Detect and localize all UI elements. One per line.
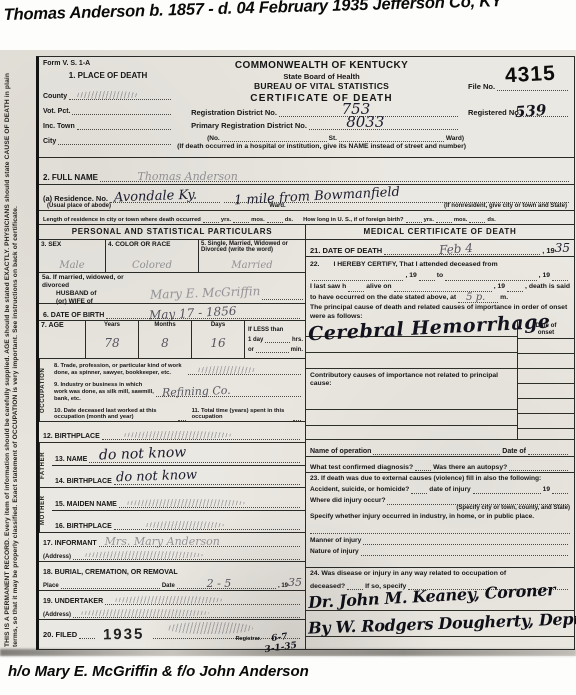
ward-label: Ward) <box>446 135 464 142</box>
mother-name-blank <box>119 499 300 508</box>
undertaker-blank <box>105 596 300 605</box>
occupation-question-block: 24. Was disease or injury in any way rel… <box>306 567 574 649</box>
st-label: St. <box>329 135 337 142</box>
certify-to: to <box>437 272 443 281</box>
registered-no-value: 539 <box>514 101 546 121</box>
length-label: Length of residence in city or town wher… <box>43 217 201 223</box>
page-title: Thomas Anderson b. 1857 - d. 04 February… <box>3 0 575 25</box>
injury-19: 19 <box>543 486 550 495</box>
specify-city-note: (Specify city or town, county, and State… <box>456 505 570 511</box>
burial-year-value: 35 <box>288 576 302 589</box>
or-label: or <box>248 347 254 353</box>
nature-blank <box>361 547 568 556</box>
full-name-blank: Thomas Anderson <box>100 173 569 182</box>
age-months-value: 8 <box>161 336 169 350</box>
if-less-label-2: 1 day <box>248 337 263 343</box>
spouse-label-1: 5a. If married, widowed, or divorced <box>42 274 124 289</box>
spouse-value: Mary E. McGriffin <box>150 284 261 302</box>
where-blank <box>387 496 568 505</box>
length-blank-2 <box>233 214 249 223</box>
marital-label: 5. Single, Married, Widowed or Divorced … <box>201 241 303 253</box>
onset-line <box>518 339 574 354</box>
residence-blank-1: Avondale Ky. <box>110 194 220 203</box>
cause-line <box>306 353 517 369</box>
residence-row: (a) Residence. No. Avondale Ky. 1 mile f… <box>39 184 574 210</box>
trade-label: 8. Trade, profession, or particular kind… <box>54 363 186 377</box>
registrar-signature-scribble <box>167 622 253 634</box>
residence-value-1: Avondale Ky. <box>114 188 198 206</box>
cause-line <box>306 410 517 426</box>
father-name-value: do not know <box>99 444 187 463</box>
vot-pct-blank <box>72 106 171 115</box>
undertaker-address-blank <box>73 609 300 618</box>
burial-place-blank <box>61 580 160 589</box>
deputy-signature: By W. Rodgers Dougherty, Deputy <box>308 609 576 637</box>
mother-name-label: 15. MAIDEN NAME <box>55 501 117 508</box>
mos2-label: mos. <box>454 217 468 223</box>
informant-address-label: (Address) <box>43 554 71 560</box>
yrs2-label: yrs. <box>424 217 434 223</box>
spouse-label-2: HUSBAND of <box>42 290 96 297</box>
residence-label: (a) Residence. No. <box>43 194 108 203</box>
filed-year-stamp: 1935 <box>103 626 145 644</box>
birthplace-label: 12. BIRTHPLACE <box>43 433 100 440</box>
specify-industry-text: Specify whether injury occurred in indus… <box>310 513 534 520</box>
handwriting-scribble <box>113 596 223 604</box>
county-blank <box>69 91 171 100</box>
mother-bp-blank <box>114 521 300 530</box>
min-label: min. <box>291 347 303 353</box>
residence-blank-2: 1 mile from Bowmanfield <box>224 194 569 203</box>
informant-label: 17. INFORMANT <box>43 540 97 547</box>
race-value: Colored <box>132 260 172 271</box>
manner-blank <box>363 536 568 545</box>
certificate-form: Form V. S. 1-A 1. PLACE OF DEATH County … <box>36 56 575 650</box>
filed-note-2: 3-1-35 <box>264 641 298 655</box>
no-label: (No. <box>207 135 220 142</box>
mother-bp-label: 16. BIRTHPLACE <box>55 523 112 530</box>
spouse-row: 5a. If married, widowed, or divorcedHUSB… <box>39 273 305 304</box>
autopsy-label: Was there an autopsy? <box>433 464 507 471</box>
birthplace-blank <box>102 431 300 440</box>
onset-line <box>518 354 574 369</box>
age-years-value: 78 <box>104 336 119 350</box>
section-place-of-death: 1. PLACE OF DEATH <box>43 71 173 80</box>
father-side-label: FATHER <box>39 443 52 487</box>
operation-row: Name of operation Date of <box>306 439 574 456</box>
sex-value: Male <box>59 260 84 271</box>
last-saw-text: I last saw h <box>310 283 346 292</box>
certify-19a: , 19 <box>405 272 416 281</box>
manner-label: Manner of injury <box>310 537 361 546</box>
birthplace-row: 12. BIRTHPLACE <box>39 422 305 443</box>
handwriting-scribble <box>83 551 203 559</box>
external-causes-block: 23. If death was due to external causes … <box>306 473 574 567</box>
certify-blank-3 <box>445 272 536 281</box>
inc-town-label: Inc. Town <box>43 123 75 130</box>
city-label: City <box>43 138 56 145</box>
mos-label: mos. <box>251 217 265 223</box>
father-name-blank: do not know <box>89 454 300 463</box>
burial-place-label: Place <box>43 583 59 589</box>
injury-date-label: date of injury <box>429 486 470 495</box>
sex-label: 3. SEX <box>41 241 103 248</box>
burial-row: 18. BURIAL, CREMATION, OR REMOVAL Place … <box>39 562 305 591</box>
handwriting-scribble <box>196 366 256 374</box>
father-bp-label: 14. BIRTHPLACE <box>55 478 112 485</box>
industry-value: Refining Co. <box>162 384 231 399</box>
informant-address-blank <box>73 551 300 560</box>
margin-instructions: THIS IS A PERMANENT RECORD. Every item o… <box>4 61 34 647</box>
certificate-title: CERTIFICATE OF DEATH <box>177 93 466 104</box>
specify-blank <box>310 525 570 534</box>
filed-blank-1 <box>79 630 95 639</box>
registrar-label: Registrar. <box>236 636 261 642</box>
informant-value: Mrs. Mary Anderson <box>105 535 220 548</box>
ds-label: ds. <box>285 217 293 223</box>
nonresident-note: (If nonresident, give city or town and S… <box>444 203 567 209</box>
onset-line <box>518 399 574 414</box>
personal-column: PERSONAL AND STATISTICAL PARTICULARS 3. … <box>39 225 306 649</box>
race-label: 4. COLOR OR RACE <box>108 241 196 248</box>
handwriting-scribble <box>125 499 245 507</box>
if-less-label-1: If LESS than <box>248 327 283 333</box>
date-of-birth-row: 6. DATE OF BIRTH May 17 - 1856 <box>39 304 305 321</box>
commonwealth-title: COMMONWEALTH OF KENTUCKY <box>177 60 466 71</box>
occupation-block: OCCUPATION 8. Trade, profession, or part… <box>39 359 305 422</box>
file-no-label: File No. <box>468 82 495 91</box>
dod-year-prefix: , 19 <box>542 246 555 255</box>
length-blank-3 <box>267 214 283 223</box>
occupation-side-label: OCCUPATION <box>39 359 52 421</box>
handwriting-scribble <box>75 91 139 99</box>
last-worked-label: 10. Date deceased last worked at this oc… <box>54 408 176 421</box>
last-worked-blank <box>178 412 186 421</box>
onset-line <box>518 384 574 399</box>
yrs-label: yrs. <box>221 217 231 223</box>
min-blank <box>256 344 289 353</box>
dod-year-value: 35 <box>555 241 570 255</box>
death-certificate-scan: THIS IS A PERMANENT RECORD. Every item o… <box>0 50 576 656</box>
primary-district-label: Primary Registration District No. <box>191 121 307 130</box>
undertaker-address-label: (Address) <box>43 612 71 618</box>
title-block: COMMONWEALTH OF KENTUCKY State Board of … <box>177 57 466 157</box>
mother-side-label: MOTHER <box>39 488 52 532</box>
length-blank-5 <box>436 214 452 223</box>
last-saw-blank-1 <box>348 283 364 292</box>
certify-text: I HEREBY CERTIFY, That I attended deceas… <box>333 261 497 270</box>
ds2-label: ds. <box>487 217 495 223</box>
age-label: 7. AGE <box>41 322 64 329</box>
medical-title: MEDICAL CERTIFICATE OF DEATH <box>306 225 574 240</box>
dob-blank: May 17 - 1856 <box>106 310 300 319</box>
form-number: Form V. S. 1-A <box>43 60 173 67</box>
external-label: 23. If death was due to external causes … <box>310 475 541 482</box>
length-blank-6 <box>469 214 485 223</box>
family-note: h/o Mary E. McGriffin & f/o John Anderso… <box>8 663 309 680</box>
m-label: m. <box>500 294 508 303</box>
medical-column: MEDICAL CERTIFICATE OF DEATH 21. DATE OF… <box>306 225 574 649</box>
age-days-value: 16 <box>210 336 225 350</box>
hrs-label: hrs. <box>292 337 303 343</box>
certify-number: 22. <box>310 261 319 270</box>
inc-town-blank <box>77 121 171 130</box>
hrs-blank <box>265 334 290 343</box>
total-time-label: 11. Total time (years) spent in this occ… <box>192 408 291 421</box>
operation-date-blank <box>528 446 568 455</box>
occupation-question-2: deceased? <box>310 583 345 590</box>
date-of-onset-column: Date ofonset <box>517 321 574 439</box>
length-blank-4 <box>406 214 422 223</box>
accident-blank <box>411 485 427 494</box>
full-name-row: 2. FULL NAME Thomas Anderson <box>39 157 574 184</box>
test-label: What test confirmed diagnosis? <box>310 464 413 471</box>
operation-date-label: Date of <box>502 448 526 455</box>
filed-date-notes: 6-73-1-35 <box>263 632 298 656</box>
board-title: State Board of Health <box>177 72 466 81</box>
time-blank: 5 p. <box>458 294 498 303</box>
mother-block: MOTHER 15. MAIDEN NAME 16. BIRTHPLACE <box>39 488 305 533</box>
burial-date-value: 2 - 5 <box>207 577 232 590</box>
certify-blank-2 <box>419 272 435 281</box>
handwriting-scribble <box>79 609 209 617</box>
father-block: FATHER 13. NAMEdo not know 14. BIRTHPLAC… <box>39 443 305 488</box>
undertaker-label: 19. UNDERTAKER <box>43 598 103 605</box>
trade-blank <box>188 366 301 375</box>
certify-blank-4 <box>552 272 568 281</box>
diagnosis-autopsy-row: What test confirmed diagnosis? Was there… <box>306 456 574 473</box>
autopsy-blank <box>509 462 568 471</box>
primary-district-value: 8033 <box>346 113 384 131</box>
length-of-residence-row: Length of residence in city or town wher… <box>39 210 574 224</box>
spouse-blank <box>262 291 303 300</box>
st-blank <box>339 133 444 142</box>
reg-district-label: Registration District No. <box>191 108 277 117</box>
alive-on-text: alive on <box>366 283 391 292</box>
death-record-page: Thomas Anderson b. 1857 - d. 04 February… <box>0 0 576 695</box>
time-value: 5 p. <box>466 291 485 304</box>
occupation-question: 24. Was disease or injury in any way rel… <box>310 570 506 577</box>
father-bp-blank: do not know <box>114 476 300 485</box>
length-blank-1 <box>203 214 219 223</box>
dod-blank: Feb 4 <box>384 246 540 255</box>
marital-value: Married <box>231 260 272 271</box>
dob-label: 6. DATE OF BIRTH <box>43 312 104 319</box>
undertaker-row: 19. UNDERTAKER (Address) <box>39 591 305 620</box>
certify-19b: , 19 <box>539 272 550 281</box>
personal-title: PERSONAL AND STATISTICAL PARTICULARS <box>39 225 305 240</box>
father-bp-value: do not know <box>116 468 198 486</box>
dod-label: 21. DATE OF DEATH <box>310 246 382 255</box>
father-name-label: 13. NAME <box>55 456 87 463</box>
occurred-text: to have occurred on the date stated abov… <box>310 294 456 303</box>
bureau-title: BUREAU OF VITAL STATISTICS <box>177 81 466 91</box>
burial-date-blank: 2 - 5 <box>177 580 276 589</box>
contributory-text: Contributory causes of importance not re… <box>306 369 517 394</box>
file-no-value: 4315 <box>505 62 557 89</box>
accident-label: Accident, suicide, or homicide? <box>310 486 409 495</box>
age-row: 7. AGE Years78 Months8 Days16 If LESS th… <box>39 321 305 359</box>
handwriting-scribble <box>144 521 224 529</box>
form-body: PERSONAL AND STATISTICAL PARTICULARS 3. … <box>39 224 574 649</box>
city-blank <box>58 136 171 145</box>
full-name-value: Thomas Anderson <box>137 170 237 183</box>
dod-value: Feb 4 <box>438 241 473 257</box>
informant-blank: Mrs. Mary Anderson <box>99 538 300 547</box>
last-saw-blank-3 <box>507 283 523 292</box>
full-name-label: 2. FULL NAME <box>43 173 98 182</box>
onset-line <box>518 414 574 429</box>
file-numbers-block: File No.4315 Registered No.539 <box>466 57 574 157</box>
occupation-q-blank-1 <box>347 581 363 590</box>
informant-row: 17. INFORMANTMrs. Mary Anderson (Address… <box>39 533 305 562</box>
operation-blank <box>373 446 500 455</box>
dob-value: May 17 - 1856 <box>149 304 237 323</box>
place-of-death-block: Form V. S. 1-A 1. PLACE OF DEATH County … <box>39 57 177 157</box>
sex-race-marital-row: 3. SEXMale 4. COLOR OR RACEColored 5. Si… <box>39 240 305 273</box>
primary-district-blank: 8033 <box>309 121 458 130</box>
form-header: Form V. S. 1-A 1. PLACE OF DEATH County … <box>39 57 574 157</box>
us-length-label: How long in U. S., if of foreign birth? <box>303 217 403 223</box>
test-blank <box>415 462 431 471</box>
abode-note: (Usual place of abode) <box>47 203 111 209</box>
injury-year-blank <box>552 485 568 494</box>
burial-label: 18. BURIAL, CREMATION, OR REMOVAL <box>43 569 178 576</box>
death-said-text: , death is said <box>525 283 570 292</box>
no-blank <box>222 133 327 142</box>
burial-date-label: Date <box>162 583 175 589</box>
date-of-death-row: 21. DATE OF DEATH Feb 4 , 19 35 <box>306 240 574 257</box>
industry-blank: Refining Co. <box>156 388 301 397</box>
vot-pct-label: Vot. Pct. <box>43 108 70 115</box>
operation-label: Name of operation <box>310 448 371 455</box>
where-label: Where did injury occur? <box>310 497 385 506</box>
total-time-blank <box>293 412 301 421</box>
last-saw-19: , 19 <box>494 283 505 292</box>
injury-date-blank <box>473 485 541 494</box>
onset-line <box>518 369 574 384</box>
cause-of-death-area: Cerebral Hemorrhage Contributory causes … <box>306 321 574 439</box>
certify-blank-1 <box>312 272 403 281</box>
handwriting-scribble <box>122 431 232 439</box>
burial-year-prefix: , 19 <box>278 583 288 589</box>
registered-no-label: Registered No. <box>468 108 521 117</box>
county-label: County <box>43 93 67 100</box>
nature-label: Nature of injury <box>310 548 359 557</box>
cause-line <box>306 394 517 410</box>
filed-row: 20. FILED 1935 Registrar. 6-73-1-35 <box>39 620 305 649</box>
filed-label: 20. FILED <box>43 630 77 639</box>
hospital-note: (If death occurred in a hospital or inst… <box>177 143 466 150</box>
industry-label: 9. Industry or business in which work wa… <box>54 382 154 403</box>
